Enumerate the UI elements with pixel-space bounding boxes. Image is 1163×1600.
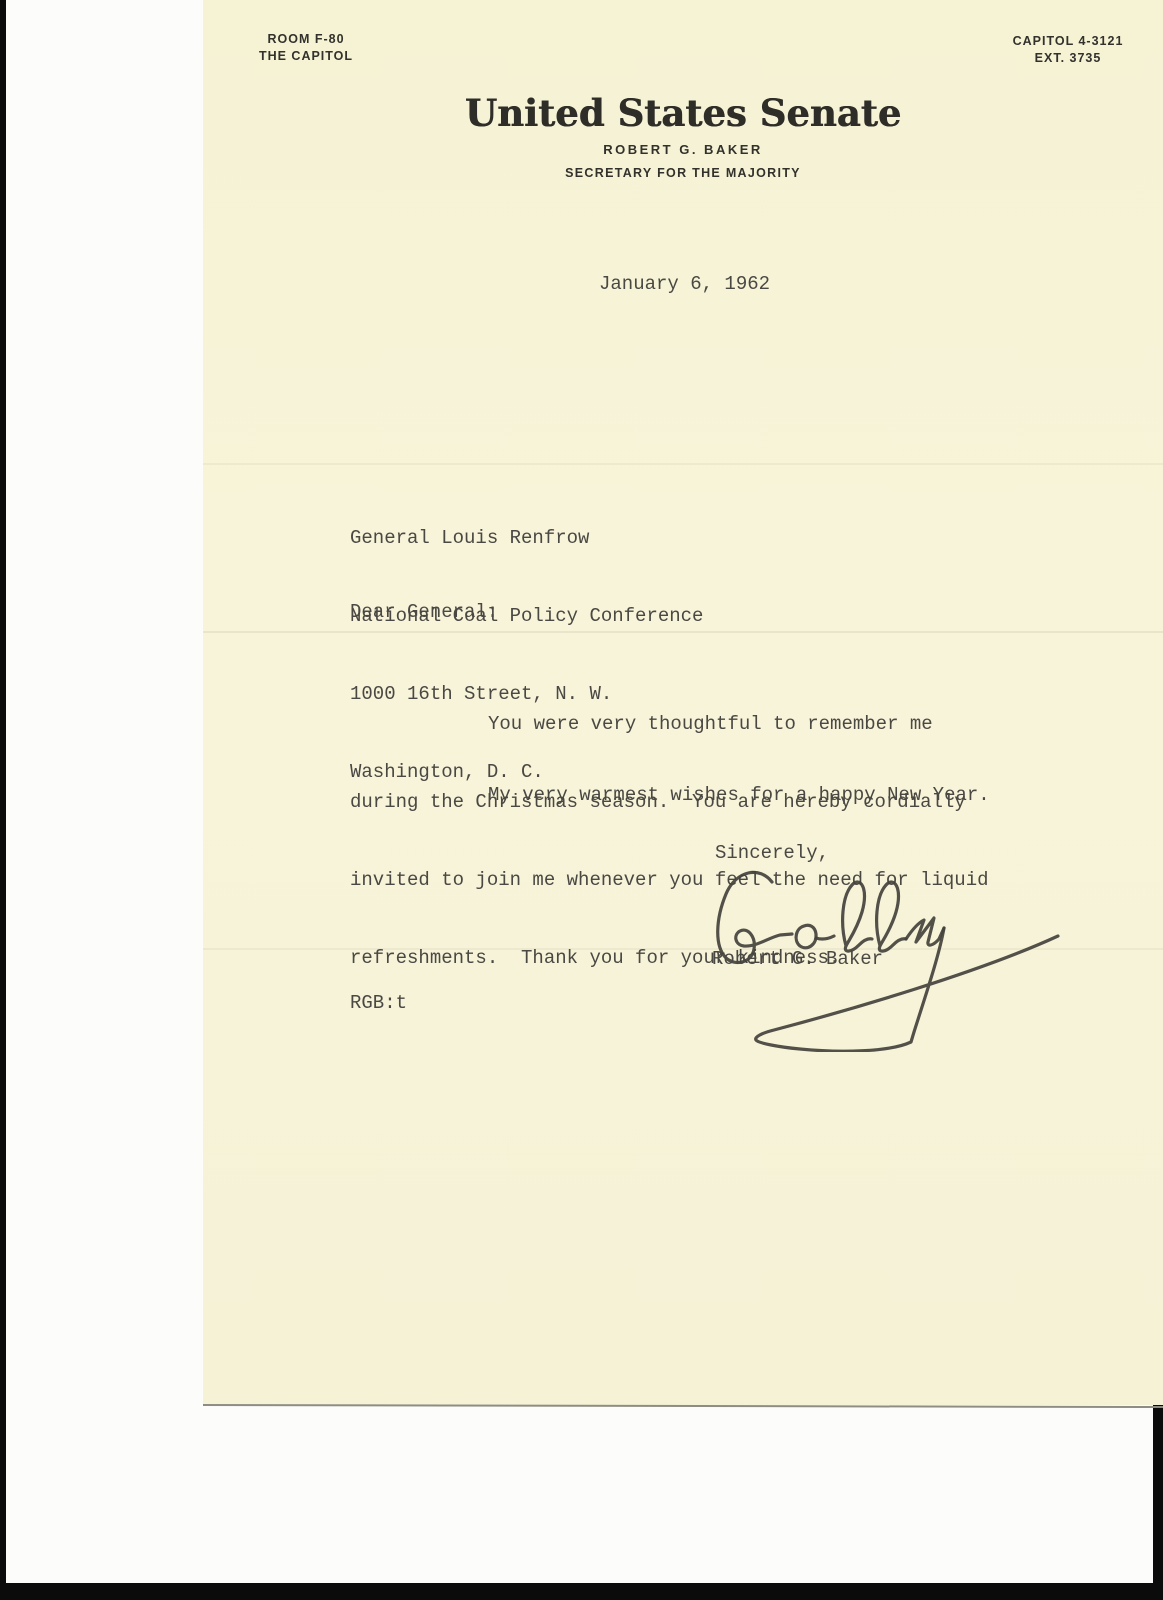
signature-stroke	[796, 925, 816, 948]
letterhead-phone-line1: CAPITOL 4-3121	[993, 33, 1143, 50]
letterhead-phone-line2: EXT. 3735	[993, 50, 1143, 67]
signature-stroke	[906, 918, 944, 945]
letterhead-officer-name: ROBERT G. BAKER	[203, 142, 1163, 157]
signature-stroke	[816, 936, 834, 939]
letter-paper: ROOM F-80 THE CAPITOL CAPITOL 4-3121 EXT…	[203, 0, 1163, 1405]
letterhead-phone-block: CAPITOL 4-3121 EXT. 3735	[993, 33, 1143, 67]
fold-crease-line	[203, 463, 1163, 465]
signature-stroke	[877, 882, 906, 951]
body-paragraph-2: My very warmest wishes for a happy New Y…	[350, 782, 990, 808]
letterhead-officer-role: SECRETARY FOR THE MAJORITY	[203, 166, 1163, 180]
typed-signature-name: Robert G. Baker	[712, 946, 883, 972]
scan-right-black-edge	[1153, 1403, 1163, 1600]
scan-left-black-edge	[0, 0, 6, 1600]
letterhead-room-line1: ROOM F-80	[231, 31, 381, 48]
salutation: Dear General:	[350, 599, 498, 625]
senate-masthead-title: United States Senate	[203, 90, 1163, 136]
address-line: General Louis Renfrow	[350, 525, 703, 551]
signature-stroke	[843, 882, 872, 951]
letter-date: January 6, 1962	[599, 271, 770, 297]
typist-reference-initials: RGB:t	[350, 990, 407, 1016]
body-line: You were very thoughtful to remember me	[350, 711, 989, 737]
letterhead-room-block: ROOM F-80 THE CAPITOL	[231, 31, 381, 65]
letterhead-room-line2: THE CAPITOL	[231, 48, 381, 65]
scan-bottom-black-edge	[0, 1583, 1163, 1600]
